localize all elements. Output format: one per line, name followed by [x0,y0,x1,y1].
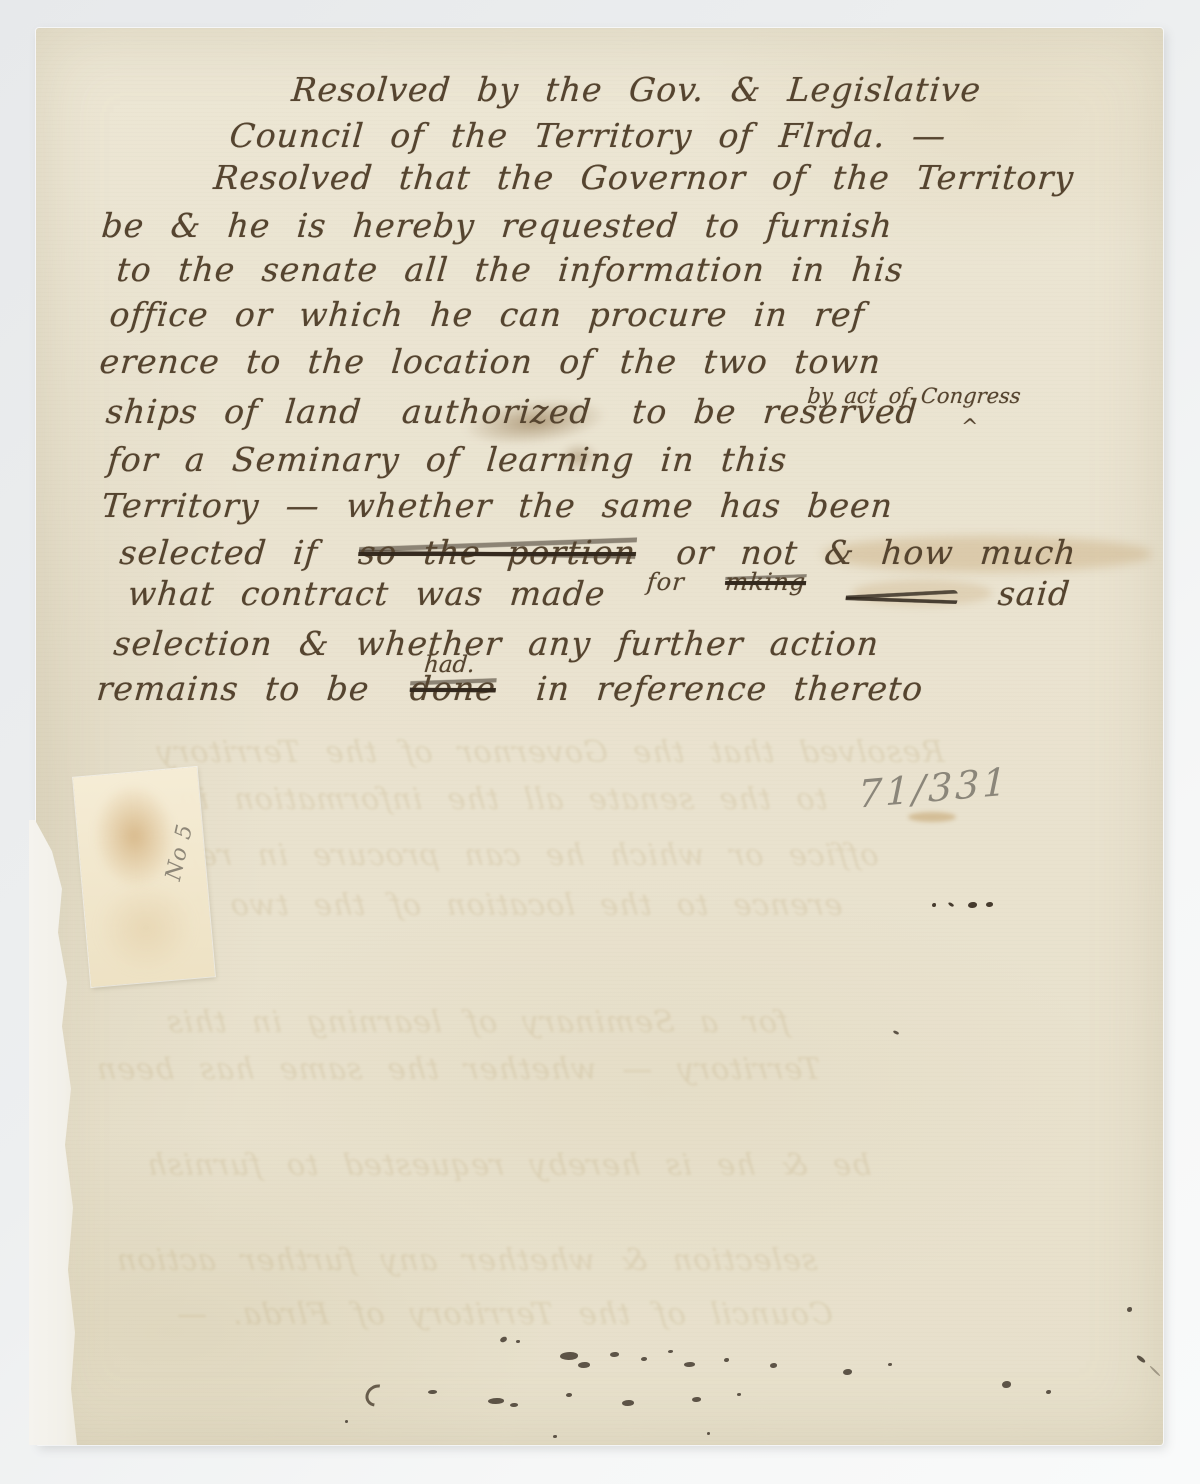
ink-dot [986,902,993,907]
interlinear-insertion: had. [422,645,476,685]
ink-blot [345,1420,348,1423]
line-segment: selected if [118,533,320,572]
torn-left-edge [29,820,79,1445]
interlinear-insertion: by act of Congress [806,376,1023,416]
ink-blot [1002,1381,1011,1388]
handwritten-line: erence to the location of the two town [98,342,883,382]
line-segment: remains to be [95,669,371,708]
ink-blot [488,1398,504,1404]
ink-blot [707,1432,710,1435]
handwritten-line: be & he is hereby requested to furnish [100,206,895,246]
struck-word-with-correction: done had. [408,669,524,708]
ink-dot [968,902,977,908]
handwritten-line: for a Seminary of learning in this [106,440,789,480]
bleed-through-line: selection & whether any further action [114,1243,818,1278]
ink-blot [668,1350,673,1353]
caret-mark: ^ [960,414,980,438]
ink-blot [843,1369,852,1375]
bleed-through-line: for a Seminary of learning in this [164,1005,790,1040]
ink-blot [684,1362,695,1367]
scratch-mark [1149,1365,1160,1376]
bleed-through-line: erence to the location of the two town [124,888,843,923]
ink-blot [1127,1307,1132,1312]
ink-blot [724,1358,729,1362]
handwritten-line: remains to be done had. in reference the… [95,669,939,709]
ink-blot [692,1397,701,1402]
bleed-through-line: Resolved that the Governor of the Territ… [154,735,945,770]
smudged-word: authorized [400,392,593,431]
ink-blot [578,1362,590,1368]
handwritten-line: selected if so the portion or not & how … [118,533,1092,573]
ink-blot [553,1435,557,1438]
handwritten-line: selection & whether any further action [112,624,881,664]
ink-blot [737,1393,741,1396]
patch-stain [92,877,199,978]
ink-dot [948,902,955,908]
line-segment: said [996,574,1072,613]
scan-background: Resolved that the Governor of the Territ… [0,0,1200,1484]
handwritten-line: Resolved that the Governor of the Territ… [212,158,1076,198]
tape-patch: No 5 [73,767,215,987]
ink-blot [1136,1354,1146,1363]
ink-blot [566,1393,572,1397]
bleed-through-line: Council of the Territory of Flrda. — [174,1297,834,1332]
pencil-archival-number: 71/331 [858,759,1010,816]
struck-out-words: mking [724,568,807,596]
handwritten-line: Resolved by the Gov. & Legislative [290,70,983,110]
manuscript-page: Resolved that the Governor of the Territ… [36,28,1163,1445]
ink-blot [610,1352,619,1357]
bleed-through-line: to the senate all the information in his [104,782,828,817]
ink-blot [641,1357,647,1361]
handwritten-line: Territory — whether the same has been [100,486,895,526]
ink-dots [932,894,993,913]
handwritten-line: ships of land authorized to be reserved … [104,392,996,436]
interlinear-insertion: for [646,568,686,596]
ink-blot [510,1403,518,1407]
ink-blot [428,1390,437,1394]
line-segment: ships of land [104,392,363,431]
struck-out-words: so the portion [357,533,638,572]
bleed-through-line: office or which he can procure in ref [184,838,879,873]
ink-blot [893,1030,900,1036]
ink-blot [770,1363,777,1368]
handwritten-line: to the senate all the information in his [115,250,905,290]
line-segment: or not & how much [675,533,1078,572]
ink-blot [560,1352,578,1360]
ink-blot [1046,1390,1051,1394]
ink-blot [516,1340,520,1343]
ink-blot [499,1336,507,1343]
ink-blot [622,1400,634,1406]
scribbled-out-word [845,590,958,606]
tan-smear [908,812,956,822]
bleed-through-line: Territory — whether the same has been [94,1052,822,1087]
ink-blot [888,1363,892,1366]
ink-blot [361,1380,393,1411]
line-segment: in reference thereto [535,669,925,708]
handwritten-line: Council of the Territory of Flrda. — [228,116,948,156]
bleed-through-line: be & he is hereby requested to furnish [144,1148,872,1183]
ink-dot [932,903,936,907]
line-segment: what contract was made [126,574,607,613]
handwritten-line: what contract was made for mking said [126,574,1086,617]
handwritten-line: office or which he can procure in ref [108,295,867,335]
